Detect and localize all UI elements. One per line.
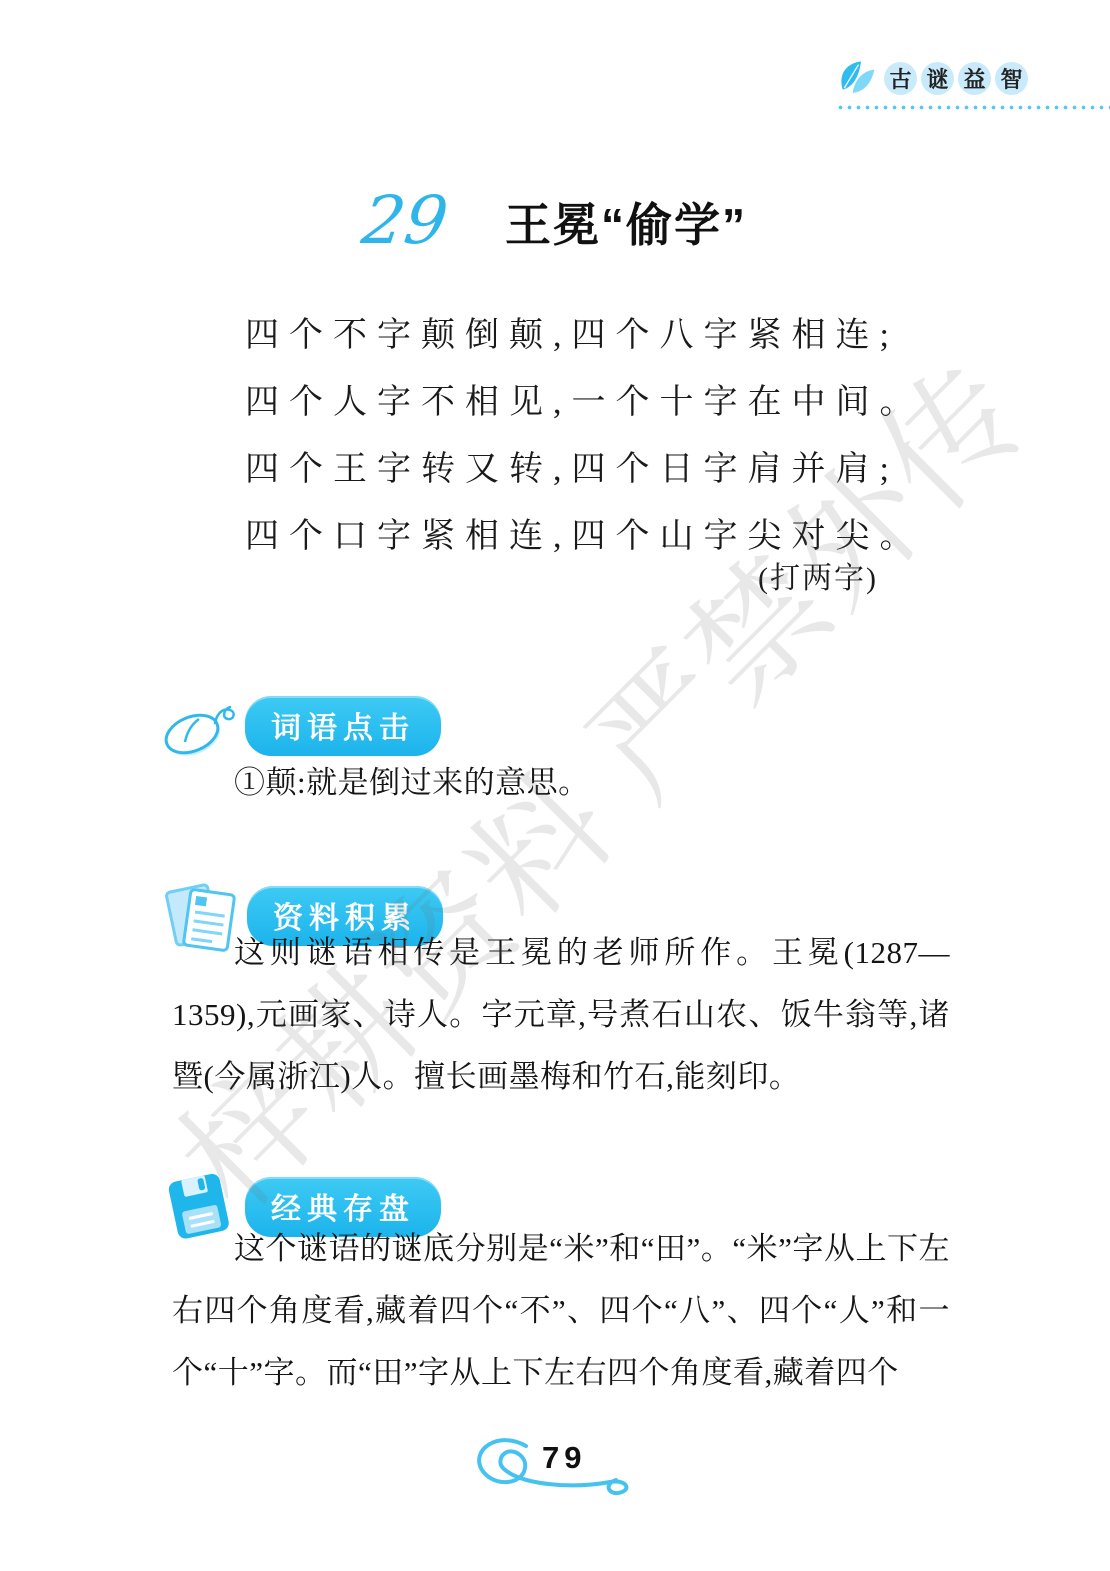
material-paragraph: 这则谜语相传是王冕的老师所作。王冕(1287—1359),元画家、诗人。字元章,… xyxy=(172,922,950,1108)
mouse-icon xyxy=(163,693,237,759)
brand-char: 古 xyxy=(884,62,917,95)
classic-paragraph: 这个谜语的谜底分别是“米”和“田”。“米”字从上下左右四个角度看,藏着四个“不”… xyxy=(172,1218,950,1404)
brand-char: 智 xyxy=(995,62,1028,95)
page-number-box: 79 xyxy=(460,1436,650,1510)
riddle-poem: 四个不字颠倒颠,四个八字紧相连; 四个人字不相见,一个十字在中间。 四个王字转又… xyxy=(245,302,970,570)
section-badge-words: 词语点击 xyxy=(245,696,441,756)
poem-line-1: 四个不字颠倒颠,四个八字紧相连; xyxy=(245,302,970,369)
riddle-number: 29 xyxy=(358,188,451,254)
brand-char: 益 xyxy=(958,62,991,95)
riddle-title: 王冕“偷学” xyxy=(505,196,747,254)
page-footer: 79 xyxy=(0,1436,1110,1510)
brand-char: 谜 xyxy=(921,62,954,95)
page-title-row: 29 王冕“偷学” xyxy=(0,188,1110,254)
brand-header: 古 谜 益 智 xyxy=(836,58,1110,110)
book-page: 梓耕资料 严禁外传 古 谜 益 智 29 王冕“偷学” 四个不字颠倒颠,四个八字… xyxy=(0,0,1110,1571)
poem-line-2: 四个人字不相见,一个十字在中间。 xyxy=(245,369,970,436)
riddle-hint: (打两字) xyxy=(758,553,878,597)
brand-row: 古 谜 益 智 xyxy=(836,58,1110,98)
leaf-icon xyxy=(836,58,876,98)
words-note: ①颠:就是倒过来的意思。 xyxy=(172,752,950,814)
poem-line-3: 四个王字转又转,四个日字肩并肩; xyxy=(245,436,970,503)
section-words-badge-row: 词语点击 xyxy=(163,693,441,759)
dotted-divider xyxy=(836,105,1110,110)
page-number: 79 xyxy=(542,1440,586,1476)
